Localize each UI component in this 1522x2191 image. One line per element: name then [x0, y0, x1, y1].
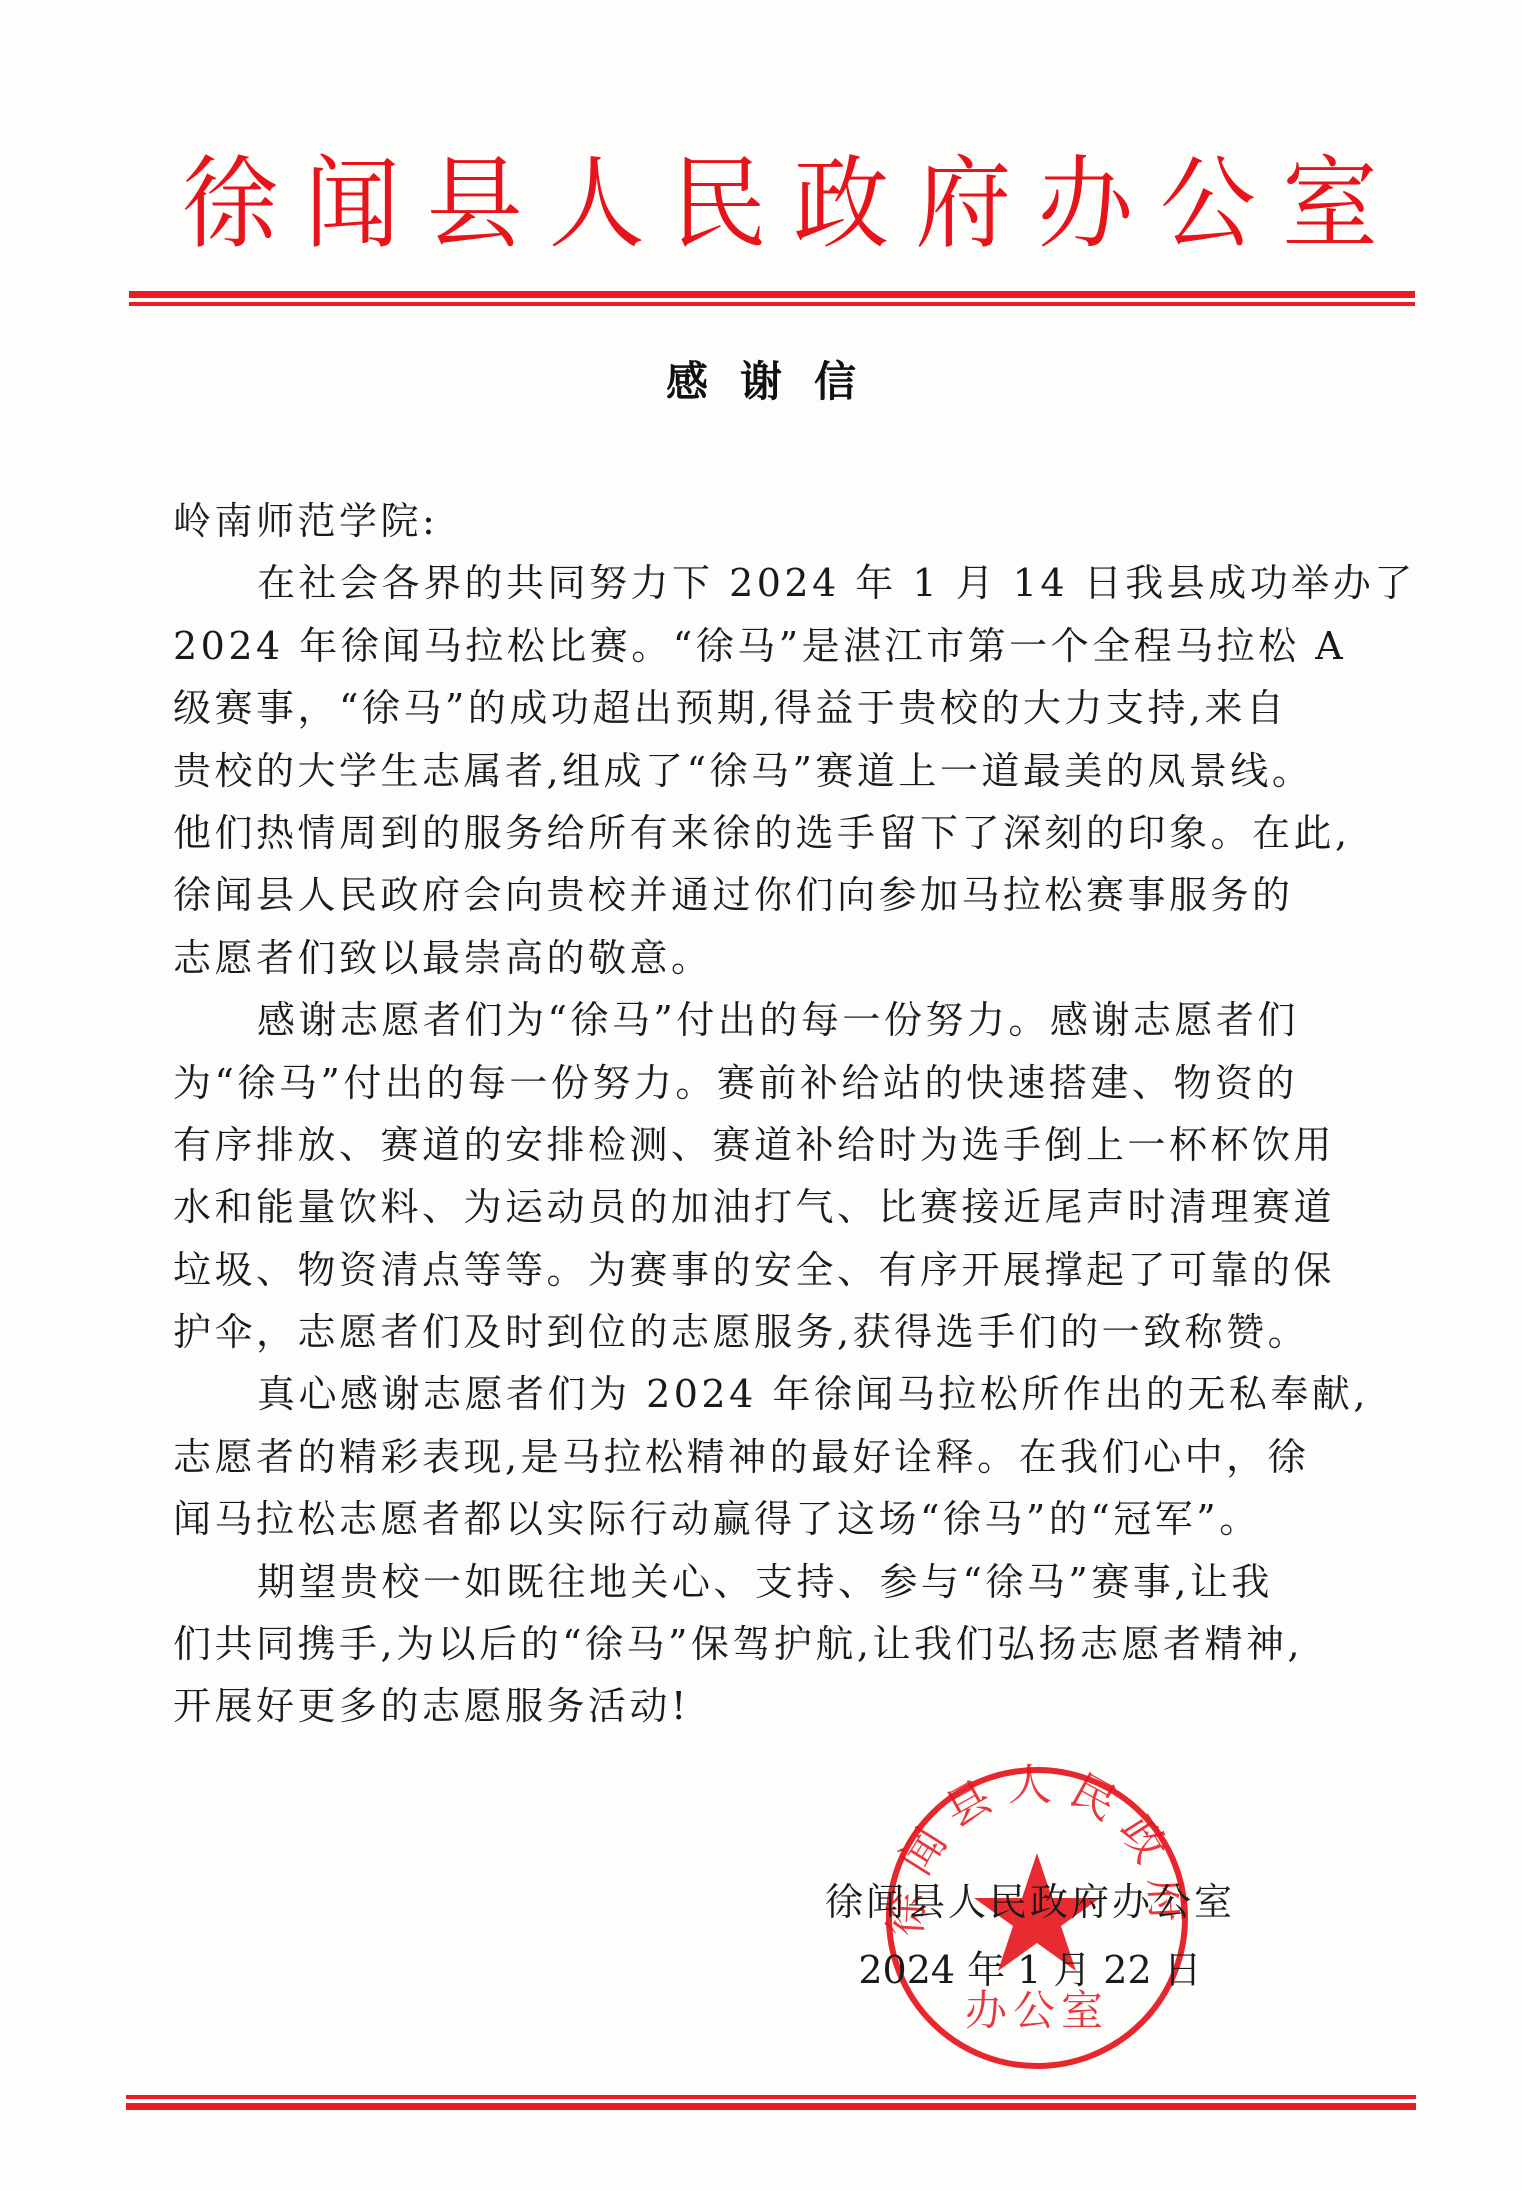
letterhead-char: 政: [793, 145, 889, 263]
paragraph-line: 志愿者们致以最崇高的敬意。: [173, 927, 1373, 989]
letterhead-organization: 徐 闻 县 人 民 政 府 办 公 室: [150, 148, 1410, 260]
paragraph-line: 感谢志愿者们为“徐马”付出的每一份努力。感谢志愿者们: [173, 989, 1373, 1051]
paragraph-line: 在社会各界的共同努力下 2024 年 1 月 14 日我县成功举办了: [173, 552, 1373, 614]
letterhead-char: 县: [426, 145, 522, 263]
paragraph-line: 有序排放、赛道的安排检测、赛道补给时为选手倒上一杯杯饮用: [173, 1114, 1373, 1176]
bottom-rule-thin: [126, 2095, 1416, 2099]
letterhead-char: 办: [1038, 145, 1134, 263]
date-month: 1: [1017, 1948, 1041, 1992]
paragraph: 期望贵校一如既往地关心、支持、参与“徐马”赛事,让我 们共同携手,为以后的“徐马…: [173, 1551, 1373, 1738]
paragraph-line: 志愿者的精彩表现,是马拉松精神的最好诠释。在我们心中，徐: [173, 1426, 1373, 1488]
paragraph-line: 徐闻县人民政府会向贵校并通过你们向参加马拉松赛事服务的: [173, 864, 1373, 926]
salutation: 岭南师范学院:: [173, 490, 1373, 552]
document-title: 感谢信: [0, 352, 1522, 412]
letterhead-char: 人: [549, 145, 645, 263]
paragraph: 在社会各界的共同努力下 2024 年 1 月 14 日我县成功举办了 2024 …: [173, 552, 1373, 989]
letterhead-char: 府: [915, 145, 1011, 263]
paragraph-line: 护伞，志愿者们及时到位的志愿服务,获得选手们的一致称赞。: [173, 1301, 1373, 1363]
top-rule-thick: [129, 291, 1415, 298]
date-year: 2024: [858, 1948, 955, 1992]
letterhead-char: 徐: [182, 145, 278, 263]
letterhead-char: 公: [1160, 145, 1256, 263]
signature-organization: 徐闻县人民政府办公室: [800, 1872, 1260, 1932]
date-day-unit: 日: [1164, 1948, 1202, 1992]
paragraph-line: 他们热情周到的服务给所有来徐的选手留下了深刻的印象。在此,: [173, 802, 1373, 864]
paragraph-line: 期望贵校一如既往地关心、支持、参与“徐马”赛事,让我: [173, 1551, 1373, 1613]
paragraph-line: 为“徐马”付出的每一份努力。赛前补给站的快速搭建、物资的: [173, 1052, 1373, 1114]
letter-body: 岭南师范学院: 在社会各界的共同努力下 2024 年 1 月 14 日我县成功举…: [173, 490, 1373, 1738]
paragraph-line: 水和能量饮料、为运动员的加油打气、比赛接近尾声时清理赛道: [173, 1176, 1373, 1238]
paragraph-line: 真心感谢志愿者们为 2024 年徐闻马拉松所作出的无私奉献,: [173, 1363, 1373, 1425]
paragraph: 真心感谢志愿者们为 2024 年徐闻马拉松所作出的无私奉献, 志愿者的精彩表现,…: [173, 1363, 1373, 1550]
paragraph-line: 们共同携手,为以后的“徐马”保驾护航,让我们弘扬志愿者精神,: [173, 1613, 1373, 1675]
paragraph-line: 级赛事，“徐马”的成功超出预期,得益于贵校的大力支持,来自: [173, 677, 1373, 739]
date-month-unit: 月: [1053, 1948, 1091, 1992]
top-rule-thin: [129, 302, 1415, 306]
paragraph-line: 2024 年徐闻马拉松比赛。“徐马”是湛江市第一个全程马拉松 A: [173, 615, 1373, 677]
paragraph-line: 闻马拉松志愿者都以实际行动赢得了这场“徐马”的“冠军”。: [173, 1488, 1373, 1550]
bottom-rule-thick: [126, 2103, 1416, 2110]
letterhead-char: 室: [1282, 145, 1378, 263]
paragraph-line: 开展好更多的志愿服务活动!: [173, 1675, 1373, 1737]
letterhead-char: 民: [671, 145, 767, 263]
paragraph-line: 垃圾、物资清点等等。为赛事的安全、有序开展撑起了可靠的保: [173, 1239, 1373, 1301]
date-year-unit: 年: [967, 1948, 1005, 1992]
paragraph-line: 贵校的大学生志属者,组成了“徐马”赛道上一道最美的凤景线。: [173, 740, 1373, 802]
signature-date: 2024年1月22日: [840, 1940, 1220, 2000]
paragraph: 感谢志愿者们为“徐马”付出的每一份努力。感谢志愿者们 为“徐马”付出的每一份努力…: [173, 989, 1373, 1363]
letterhead-char: 闻: [304, 145, 400, 263]
date-day: 22: [1103, 1948, 1151, 1992]
